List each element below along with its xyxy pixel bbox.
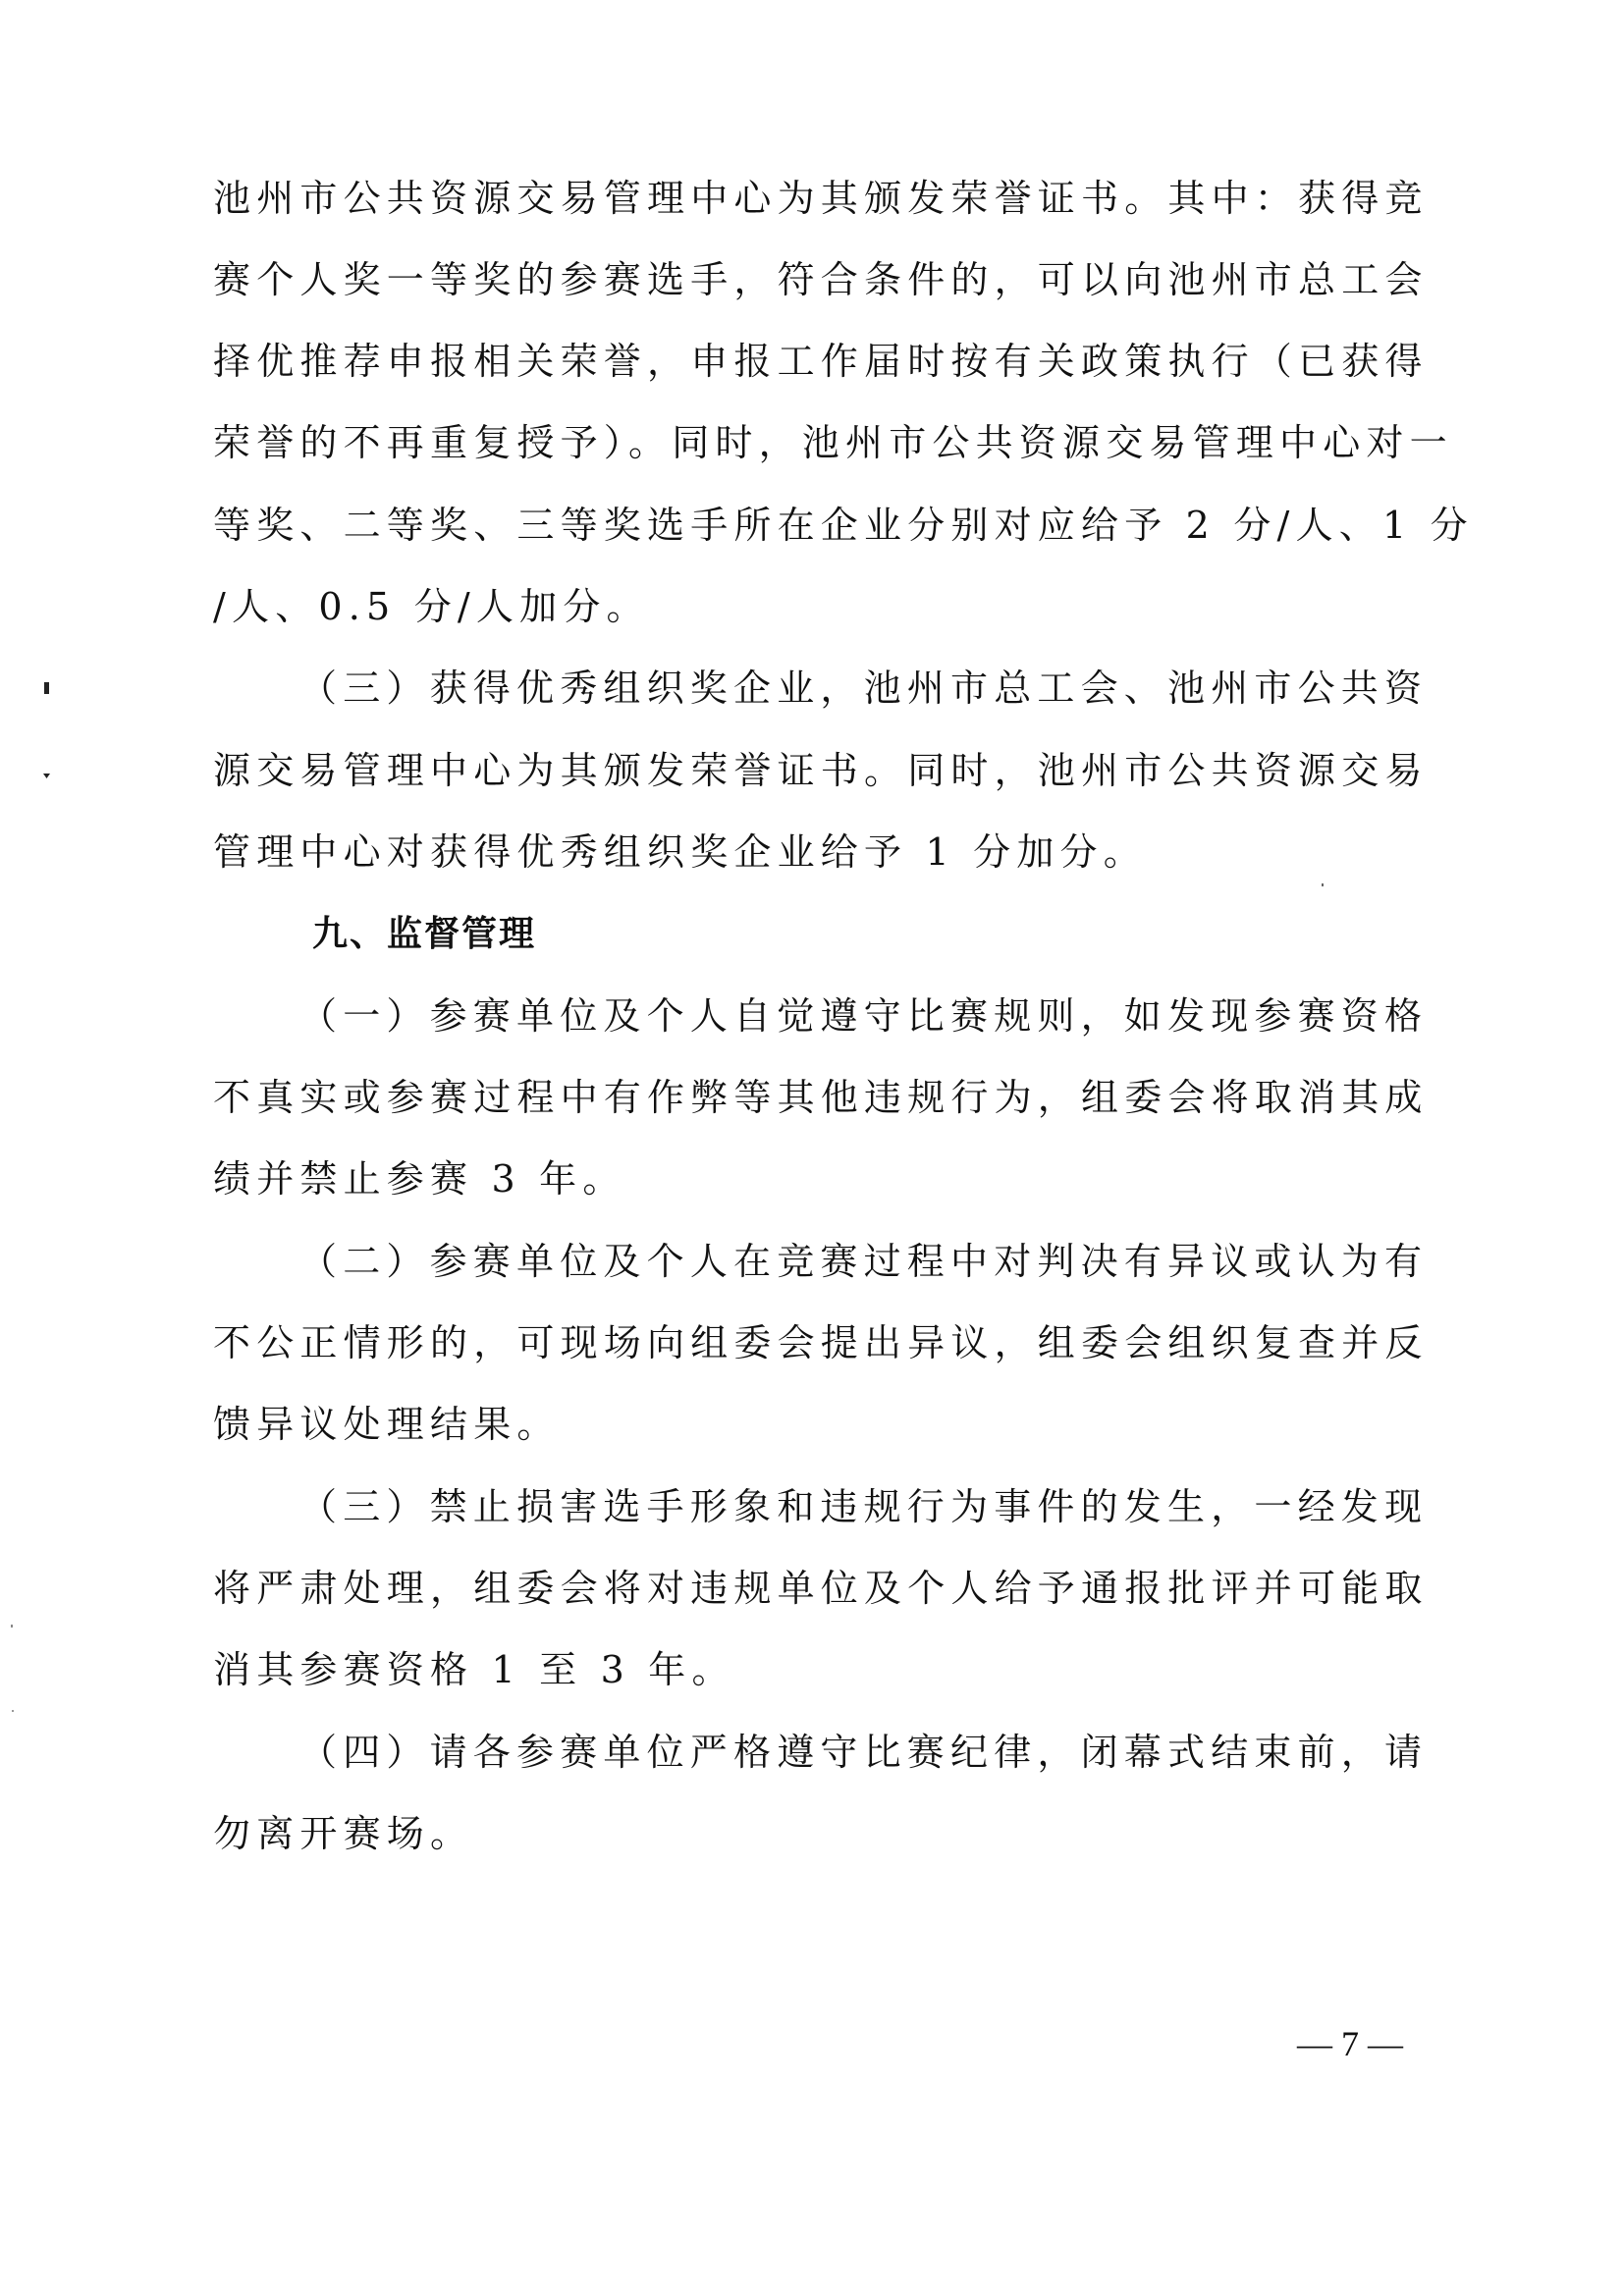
paragraph-line: 赛个人奖一等奖的参赛选手，符合条件的，可以向池州市总工会 (213, 256, 1431, 303)
paragraph-line: 勿离开赛场。 (213, 1810, 1431, 1857)
scan-margin-mark (44, 682, 49, 694)
paragraph-line: 不公正情形的，可现场向组委会提出异议，组委会组织复查并反 (213, 1319, 1431, 1366)
paragraph-line: 消其参赛资格 1 至 3 年。 (213, 1646, 1431, 1693)
paragraph-line: （三）获得优秀组织奖企业，池州市总工会、池州市公共资 (299, 665, 1517, 712)
paragraph-line: /人、0.5 分/人加分。 (213, 583, 1431, 630)
page-number: — 7 — (1276, 2020, 1424, 2067)
paragraph-line: （三）禁止损害选手形象和违规行为事件的发生，一经发现 (299, 1483, 1517, 1530)
paragraph-line: （二）参赛单位及个人在竞赛过程中对判决有异议或认为有 (299, 1238, 1517, 1285)
scan-margin-mark (43, 774, 50, 778)
paragraph-line: 不真实或参赛过程中有作弊等其他违规行为，组委会将取消其成 (213, 1074, 1431, 1121)
paragraph-line: （一）参赛单位及个人自觉遵守比赛规则，如发现参赛资格 (299, 992, 1517, 1040)
paragraph-line: 绩并禁止参赛 3 年。 (213, 1155, 1431, 1202)
paragraph-line: 源交易管理中心为其颁发荣誉证书。同时，池州市公共资源交易 (213, 747, 1431, 794)
scan-speck (11, 1625, 13, 1628)
paragraph-line: 将严肃处理，组委会将对违规单位及个人给予通报批评并可能取 (213, 1565, 1431, 1612)
paragraph-line: 管理中心对获得优秀组织奖企业给予 1 分加分。 (213, 828, 1431, 876)
paragraph-line: （四）请各参赛单位严格遵守比赛纪律，闭幕式结束前，请 (299, 1729, 1517, 1776)
paragraph-line: 等奖、二等奖、三等奖选手所在企业分别对应给予 2 分/人、1 分 (213, 502, 1431, 549)
scan-speck (1322, 883, 1324, 886)
paragraph-line: 择优推荐申报相关荣誉，申报工作届时按有关政策执行（已获得 (213, 338, 1431, 385)
document-page: 池州市公共资源交易管理中心为其颁发荣誉证书。其中：获得竞 赛个人奖一等奖的参赛选… (0, 0, 1623, 2296)
paragraph-line: 池州市公共资源交易管理中心为其颁发荣誉证书。其中：获得竞 (213, 175, 1431, 222)
scan-speck (12, 1710, 14, 1712)
section-heading: 九、监督管理 (312, 911, 536, 958)
paragraph-line: 荣誉的不再重复授予）。同时，池州市公共资源交易管理中心对一 (213, 419, 1431, 466)
paragraph-line: 馈异议处理结果。 (213, 1401, 1431, 1448)
